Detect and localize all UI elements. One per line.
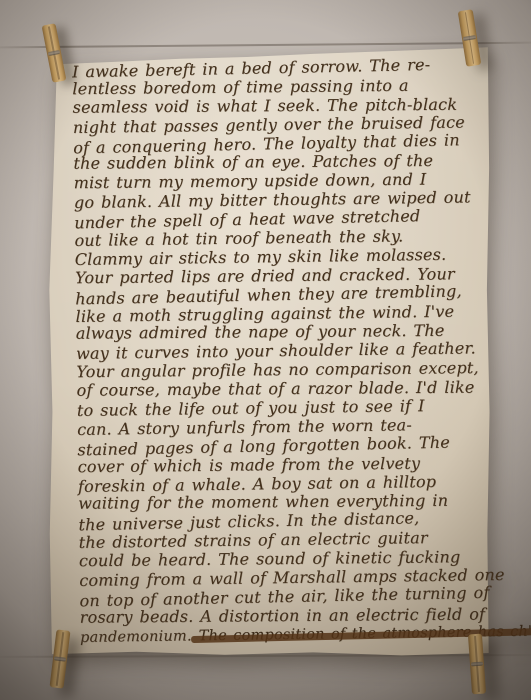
- note-line: of course, maybe that of a razor blade. …: [77, 379, 483, 401]
- note-line: rosary beads. A distortion in an electri…: [80, 605, 486, 627]
- note-line: seamless void is what I seek. The pitch-…: [73, 95, 479, 117]
- photo-scene: I awake bereft in a bed of sorrow. The r…: [0, 0, 531, 700]
- note-text: I awake bereft in a bed of sorrow. The r…: [72, 56, 486, 647]
- note-line: always admired the nape of your neck. Th…: [76, 322, 482, 344]
- note-line: cover of which is made from the velvety: [78, 454, 484, 477]
- handwritten-note-paper: I awake bereft in a bed of sorrow. The r…: [48, 46, 490, 656]
- note-last-line-text: pandemonium.: [80, 628, 192, 646]
- note-lines: I awake bereft in a bed of sorrow. The r…: [72, 56, 486, 628]
